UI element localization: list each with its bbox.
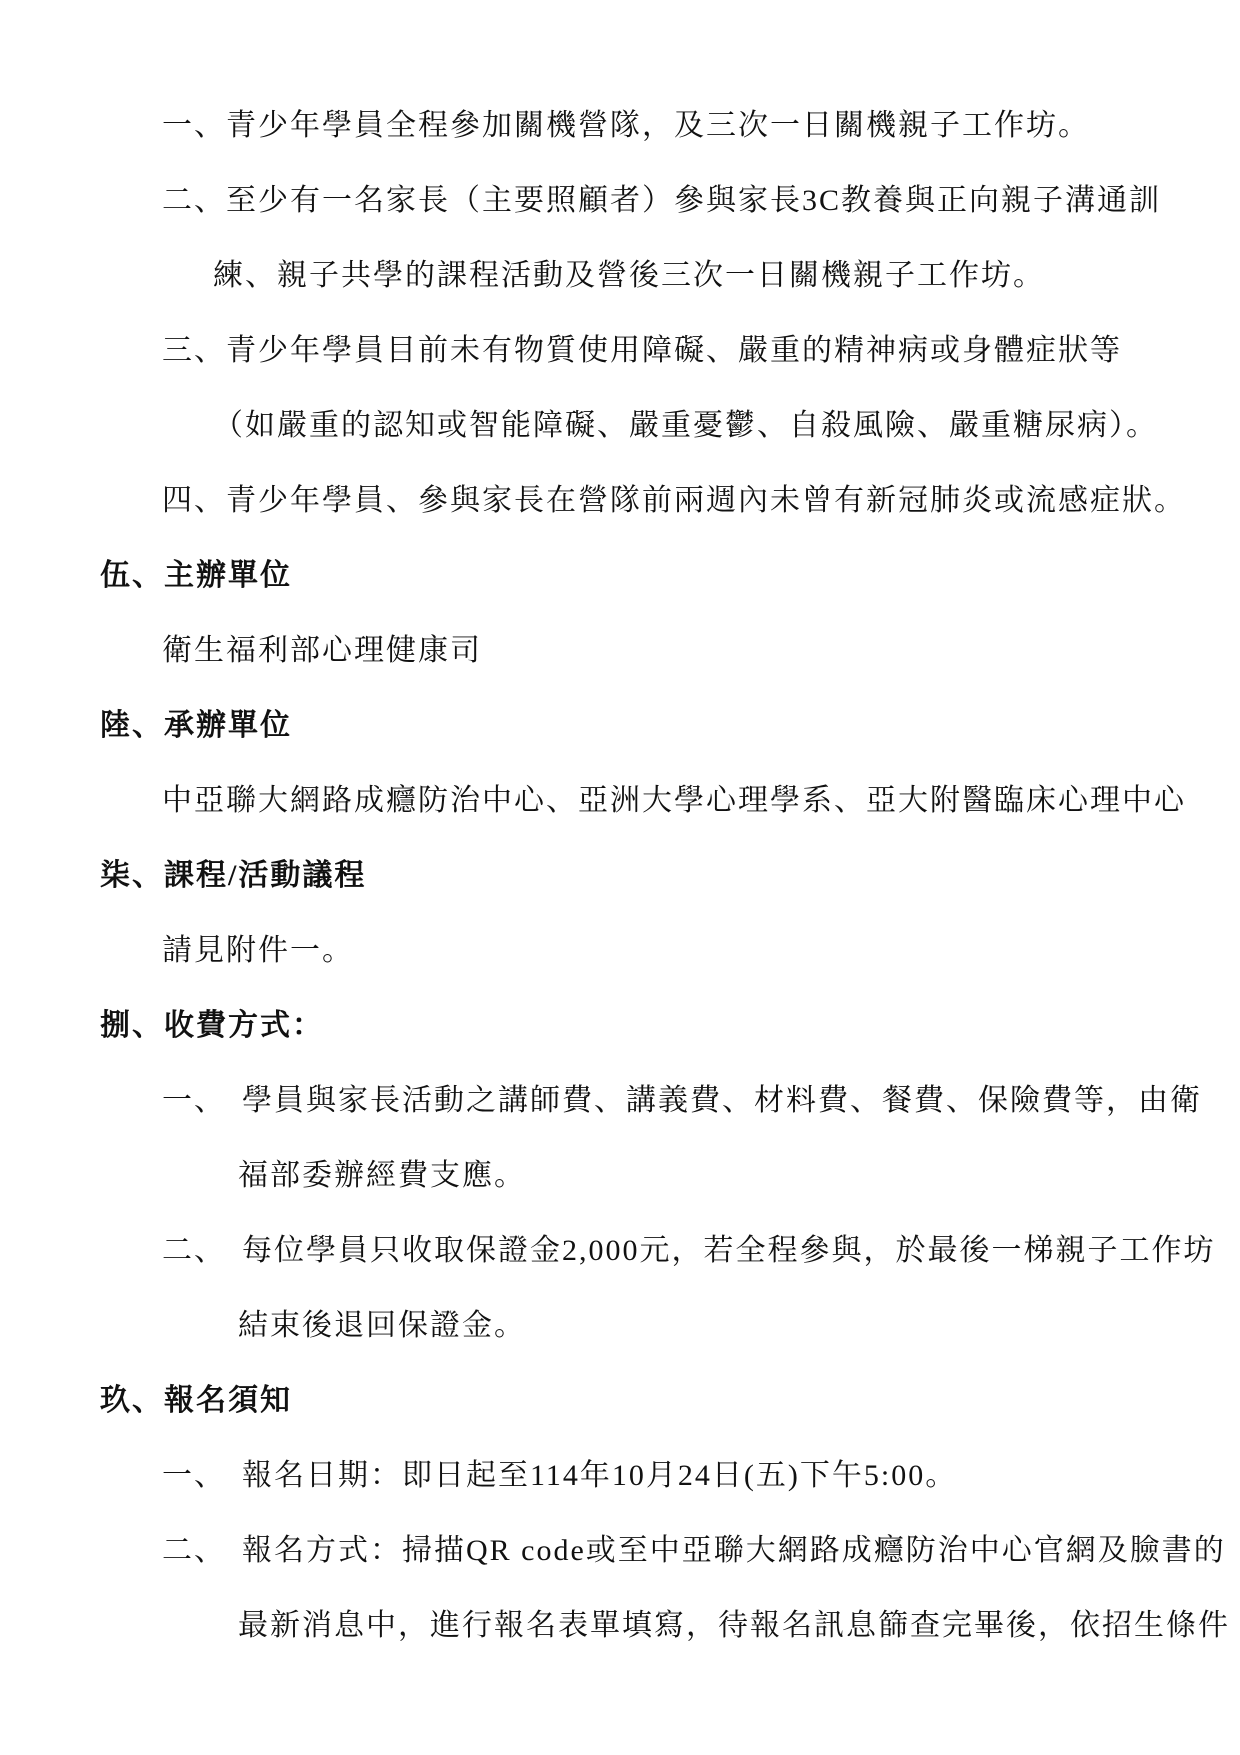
sub-list-item-text: 學員與家長活動之講師費、講義費、材料費、餐費、保險費等，由衛 — [242, 1084, 1202, 1117]
sub-list-item: 一、報名日期：即日起至114年10月24日(五)下午5:00。 — [0, 1438, 1240, 1513]
list-item-continuation: 練、親子共學的課程活動及營後三次一日關機親子工作坊。 — [0, 238, 1240, 313]
list-item-marker: 三、 — [162, 334, 226, 367]
sub-list-item-marker: 二、 — [162, 1513, 242, 1588]
list-item-text: 青少年學員目前未有物質使用障礙、嚴重的精神病或身體症狀等 — [226, 334, 1122, 367]
list-item: 一、青少年學員全程參加關機營隊，及三次一日關機親子工作坊。 — [0, 88, 1240, 163]
sub-list-item-text: 報名日期：即日起至114年10月24日(五)下午5:00。 — [242, 1459, 957, 1492]
sub-list-item: 二、每位學員只收取保證金2,000元，若全程參與，於最後一梯親子工作坊 — [0, 1213, 1240, 1288]
list-item: 三、青少年學員目前未有物質使用障礙、嚴重的精神病或身體症狀等 — [0, 313, 1240, 388]
sub-list-item-marker: 二、 — [162, 1213, 242, 1288]
sub-list-item-text: 最新消息中，進行報名表單填寫，待報名訊息篩查完畢後，依招生條件 — [238, 1609, 1230, 1642]
sub-list-item-text: 福部委辦經費支應。 — [238, 1159, 526, 1192]
sub-list-item-continuation: 結束後退回保證金。 — [0, 1288, 1240, 1363]
section-body-co-organizer: 中亞聯大網路成癮防治中心、亞洲大學心理學系、亞大附醫臨床心理中心 — [0, 763, 1240, 838]
list-item-text: 青少年學員、參與家長在營隊前兩週內未曾有新冠肺炎或流感症狀。 — [226, 484, 1186, 517]
section-body-agenda: 請見附件一。 — [0, 913, 1240, 988]
section-heading-registration: 玖、報名須知 — [0, 1363, 1240, 1438]
document-page: 一、青少年學員全程參加關機營隊，及三次一日關機親子工作坊。 二、至少有一名家長（… — [0, 0, 1240, 1755]
list-item-continuation: （如嚴重的認知或智能障礙、嚴重憂鬱、自殺風險、嚴重糖尿病）。 — [0, 388, 1240, 463]
sub-list-item-continuation: 最新消息中，進行報名表單填寫，待報名訊息篩查完畢後，依招生條件 — [0, 1588, 1240, 1663]
list-item-marker: 四、 — [162, 484, 226, 517]
sub-list-item-text: 報名方式：掃描QR code或至中亞聯大網路成癮防治中心官網及臉書的 — [242, 1534, 1226, 1567]
list-item-marker: 二、 — [162, 184, 226, 217]
list-item-text: 練、親子共學的課程活動及營後三次一日關機親子工作坊。 — [213, 259, 1045, 292]
list-item-text: （如嚴重的認知或智能障礙、嚴重憂鬱、自殺風險、嚴重糖尿病）。 — [213, 409, 1158, 442]
sub-list-item-continuation: 福部委辦經費支應。 — [0, 1138, 1240, 1213]
sub-list-item-marker: 一、 — [162, 1438, 242, 1513]
sub-list-item-marker: 一、 — [162, 1063, 242, 1138]
sub-list-item: 一、學員與家長活動之講師費、講義費、材料費、餐費、保險費等，由衛 — [0, 1063, 1240, 1138]
sub-list-item-text: 每位學員只收取保證金2,000元，若全程參與，於最後一梯親子工作坊 — [242, 1234, 1216, 1267]
section-heading-fees: 捌、收費方式： — [0, 988, 1240, 1063]
section-body-organizer: 衛生福利部心理健康司 — [0, 613, 1240, 688]
list-item-text: 青少年學員全程參加關機營隊，及三次一日關機親子工作坊。 — [226, 109, 1090, 142]
section-heading-organizer: 伍、主辦單位 — [0, 538, 1240, 613]
list-item-text: 至少有一名家長（主要照顧者）參與家長3C教養與正向親子溝通訓 — [226, 184, 1161, 217]
list-item: 二、至少有一名家長（主要照顧者）參與家長3C教養與正向親子溝通訓 — [0, 163, 1240, 238]
list-item-marker: 一、 — [162, 109, 226, 142]
section-heading-agenda: 柒、課程/活動議程 — [0, 838, 1240, 913]
list-item: 四、青少年學員、參與家長在營隊前兩週內未曾有新冠肺炎或流感症狀。 — [0, 463, 1240, 538]
sub-list-item-text: 結束後退回保證金。 — [238, 1309, 526, 1342]
section-heading-co-organizer: 陸、承辦單位 — [0, 688, 1240, 763]
sub-list-item: 二、報名方式：掃描QR code或至中亞聯大網路成癮防治中心官網及臉書的 — [0, 1513, 1240, 1588]
